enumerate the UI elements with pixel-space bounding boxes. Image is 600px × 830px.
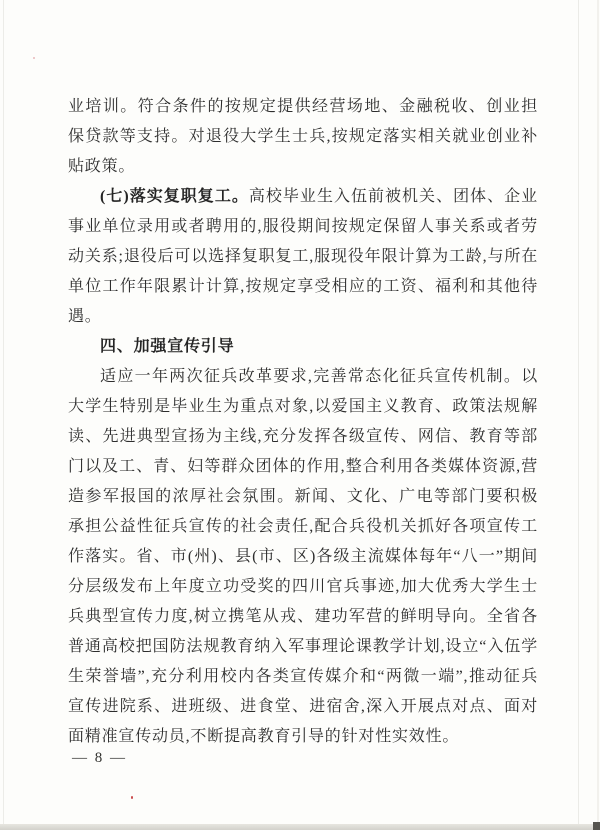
text-run: 业培训。符合条件的按规定提供经营场地、金融税收、创业担保贷款等支持。对退役大学生… (68, 98, 538, 175)
paragraph: 适应一年两次征兵改革要求,完善常态化征兵宣传机制。以大学生特别是毕业生为重点对象… (68, 362, 538, 752)
bold-text-run: 四、加强宣传引导 (100, 338, 234, 355)
scan-edge-left (3, 0, 4, 830)
scan-corner-mark (593, 822, 600, 830)
scan-noise-dot (131, 796, 133, 799)
text-run: 适应一年两次征兵改革要求,完善常态化征兵宣传机制。以大学生特别是毕业生为重点对象… (68, 368, 538, 745)
bold-text-run: (七)落实复职复工。 (100, 188, 249, 205)
document-page: 业培训。符合条件的按规定提供经营场地、金融税收、创业担保贷款等支持。对退役大学生… (0, 0, 600, 830)
page-number: — 8 — (72, 750, 127, 767)
document-body: 业培训。符合条件的按规定提供经营场地、金融税收、创业担保贷款等支持。对退役大学生… (68, 92, 538, 752)
paragraph: 业培训。符合条件的按规定提供经营场地、金融税收、创业担保贷款等支持。对退役大学生… (68, 92, 538, 182)
scan-edge-right-outer (597, 0, 599, 830)
paragraph: (七)落实复职复工。高校毕业生入伍前被机关、团体、企业事业单位录用或者聘用的,服… (68, 182, 538, 332)
scan-edge-right-inner (578, 0, 579, 830)
text-run: 高校毕业生入伍前被机关、团体、企业事业单位录用或者聘用的,服役期间按规定保留人事… (68, 188, 538, 325)
scan-noise-dot (33, 57, 35, 59)
scan-edge-bottom (0, 824, 600, 830)
section-heading: 四、加强宣传引导 (68, 332, 538, 362)
